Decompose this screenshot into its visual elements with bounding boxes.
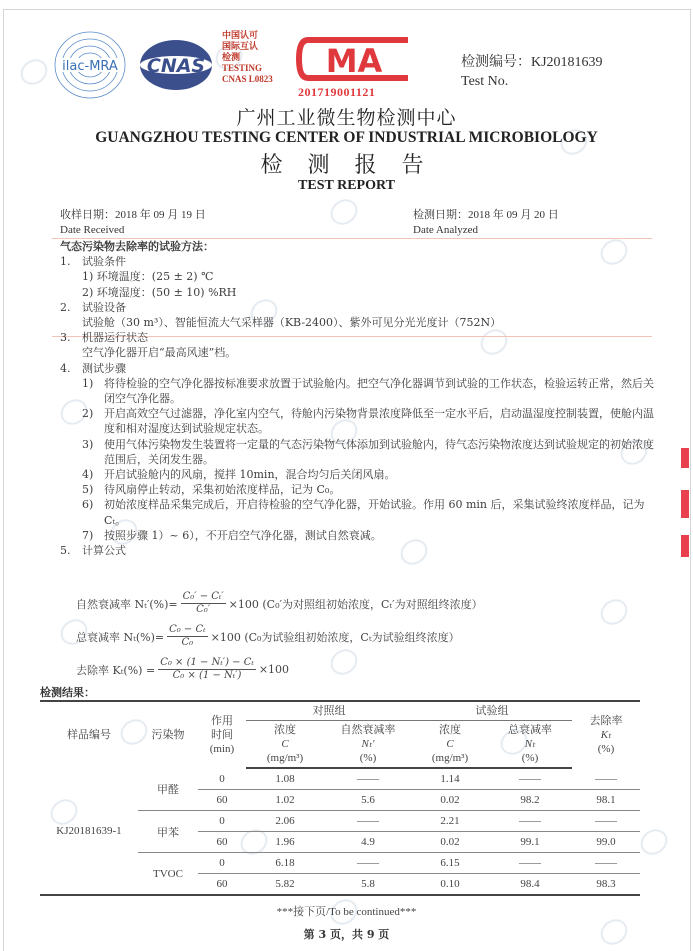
header-time: 作用 时间 (min) [198, 701, 246, 768]
header-control-conc: 浓度 C (mg/m³) [246, 721, 324, 769]
cnas-logo: CNAS [138, 38, 214, 92]
section-machine-state: 3.机器运行状态 [60, 330, 680, 345]
date-analyzed: 检测日期：2018 年 09 月 20 日 Date Analyzed [413, 208, 559, 238]
step-item: 7)按照步骤 1）~ 6），不开启空气净化器，测试自然衰减。 [60, 528, 680, 543]
report-title-cn: 检 测 报 告 [0, 148, 693, 179]
formula-removal-rate: 去除率 Kₜ(%) = C₀ × (1 − Nₜ′) − CₜC₀ × (1 −… [76, 653, 483, 686]
formula-block: 自然衰减率 Nₜ′(%)= C₀′ − Cₜ′C₀′ ×100 (C₀′为对照组… [76, 587, 483, 686]
section-equipment: 2.试验设备 [60, 300, 680, 315]
date-received: 收样日期：2018 年 09 月 19 日 Date Received [60, 208, 206, 238]
step-item: 3)使用气体污染物发生装置将一定量的气态污染物气体添加到试验舱内，待气态污染物浓… [60, 437, 680, 467]
cma-number: 201719001121 [298, 85, 375, 100]
header-test-conc: 浓度 C (mg/m³) [412, 721, 488, 769]
step-item: 5)待风扇停止转动，采集初始浓度样品，记为 C₀。 [60, 482, 680, 497]
svg-text:ilac-MRA: ilac-MRA [62, 59, 118, 74]
section-conditions: 1.试验条件 [60, 254, 680, 269]
step-item: 1)将待检验的空气净化器按标准要求放置于试验舱内。把空气净化器调节到试验的工作状… [60, 376, 680, 406]
org-name-en: GUANGZHOU TESTING CENTER OF INDUSTRIAL M… [0, 129, 693, 147]
results-table: 样品编号 污染物 作用 时间 (min) 对照组 试验组 去除率 Kₜ (%) … [40, 700, 640, 896]
org-name-cn: 广州工业微生物检测中心 [0, 103, 693, 130]
header-total-decay: 总衰减率 Nₜ (%) [488, 721, 572, 769]
section-test-steps: 4.测试步骤 [60, 361, 680, 376]
header-pollutant: 污染物 [138, 701, 198, 768]
continued-note: ***接下页/To be continued*** [0, 903, 693, 919]
formula-natural-decay: 自然衰减率 Nₜ′(%)= C₀′ − Cₜ′C₀′ ×100 (C₀′为对照组… [76, 587, 483, 620]
test-number-value: KJ20181639 [531, 55, 603, 70]
method-heading: 气态污染物去除率的试验方法： [60, 239, 680, 254]
sample-no-cell: KJ20181639-1 [40, 768, 138, 895]
cma-seal-logo: MA [296, 34, 414, 84]
formula-total-decay: 总衰减率 Nₜ(%)= C₀ − CₜC₀ ×100 (C₀为试验组初始浓度，C… [76, 620, 483, 653]
svg-text:MA: MA [326, 42, 383, 80]
header-test-group: 试验组 [412, 701, 572, 721]
header-natural-decay: 自然衰减率 Nₜ′ (%) [324, 721, 412, 769]
seal-stamp-edge [681, 440, 689, 570]
step-item: 6)初始浓度样品采集完成后，开启待检验的空气净化器，开始试验。作用 60 min… [60, 497, 680, 527]
test-method-section: 气态污染物去除率的试验方法： 1.试验条件 1) 环境温度：(25 ± 2) ℃… [60, 239, 680, 558]
header-sample-no: 样品编号 [40, 701, 138, 768]
header-control-group: 对照组 [246, 701, 412, 721]
test-number: 检测编号：KJ20181639 Test No. [461, 53, 603, 91]
step-item: 2)开启高效空气过滤器，净化室内空气，待舱内污染物背景浓度降低至一定水平后，启动… [60, 406, 680, 436]
pollutant-cell: 甲醛 [138, 768, 198, 811]
svg-text:CNAS: CNAS [147, 55, 205, 77]
section-formulas: 5.计算公式 [60, 543, 680, 558]
pollutant-cell: TVOC [138, 853, 198, 896]
report-title-en: TEST REPORT [0, 178, 693, 194]
page-number: 第 3 页，共 9 页 [0, 926, 693, 942]
results-heading: 检测结果： [40, 684, 95, 700]
cnas-accreditation-text: 中国认可 国际互认 检测 TESTING CNAS L0823 [222, 30, 273, 85]
header-removal-rate: 去除率 Kₜ (%) [572, 701, 640, 768]
table-row: KJ20181639-1 甲醛 0 1.08 —— 1.14 —— —— [40, 768, 640, 790]
step-item: 4)开启试验舱内的风扇，搅拌 10min，混合均匀后关闭风扇。 [60, 467, 680, 482]
ilac-mra-logo: ilac-MRA [52, 30, 128, 100]
pollutant-cell: 甲苯 [138, 811, 198, 853]
